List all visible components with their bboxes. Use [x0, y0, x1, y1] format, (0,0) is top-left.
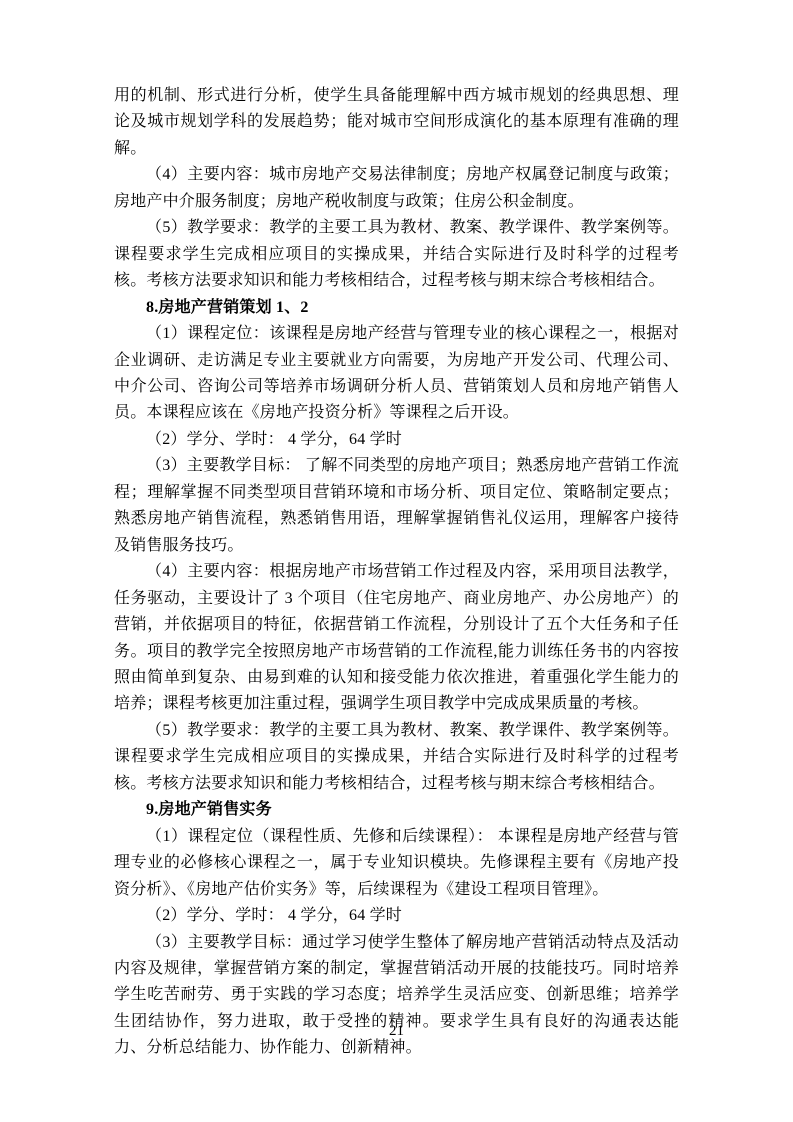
paragraph-teaching-requirements-5: （5）教学要求：教学的主要工具为教材、教案、教学课件、教学案例等。课程要求学生完…	[114, 215, 679, 294]
paragraph-main-content-4: （4）主要内容：城市房地产交易法律制度；房地产权属登记制度与政策；房地产中介服务…	[114, 162, 679, 215]
paragraph-course-positioning-1: （1）课程定位：该课程是房地产经营与管理专业的核心课程之一，根据对企业调研、走访…	[114, 321, 679, 427]
paragraph-credits-hours-2b: （2）学分、学时： 4 学分，64 学时	[114, 903, 679, 929]
document-body: 用的机制、形式进行分析，使学生具备能理解中西方城市规划的经典思想、理论及城市规划…	[114, 83, 679, 1062]
page-number: 21	[0, 1021, 793, 1041]
paragraph-continuation: 用的机制、形式进行分析，使学生具备能理解中西方城市规划的经典思想、理论及城市规划…	[114, 83, 679, 162]
paragraph-teaching-requirements-5b: （5）教学要求：教学的主要工具为教材、教案、教学课件、教学案例等。课程要求学生完…	[114, 718, 679, 797]
paragraph-main-content-4b: （4）主要内容：根据房地产市场营销工作过程及内容，采用项目法教学，任务驱动，主要…	[114, 559, 679, 718]
paragraph-teaching-goals-3: （3）主要教学目标： 了解不同类型的房地产项目；熟悉房地产营销工作流程；理解掌握…	[114, 453, 679, 559]
document-page: 用的机制、形式进行分析，使学生具备能理解中西方城市规划的经典思想、理论及城市规划…	[0, 0, 793, 1122]
paragraph-teaching-goals-3b: （3）主要教学目标：通过学习使学生整体了解房地产营销活动特点及活动内容及规律，掌…	[114, 930, 679, 1062]
section-heading-9-sales-practice: 9.房地产销售实务	[114, 797, 679, 823]
section-heading-8-marketing-planning: 8.房地产营销策划 1、2	[114, 295, 679, 321]
paragraph-course-positioning-1b: （1）课程定位（课程性质、先修和后续课程）： 本课程是房地产经营与管理专业的必修…	[114, 824, 679, 903]
paragraph-credits-hours-2: （2）学分、学时： 4 学分，64 学时	[114, 427, 679, 453]
